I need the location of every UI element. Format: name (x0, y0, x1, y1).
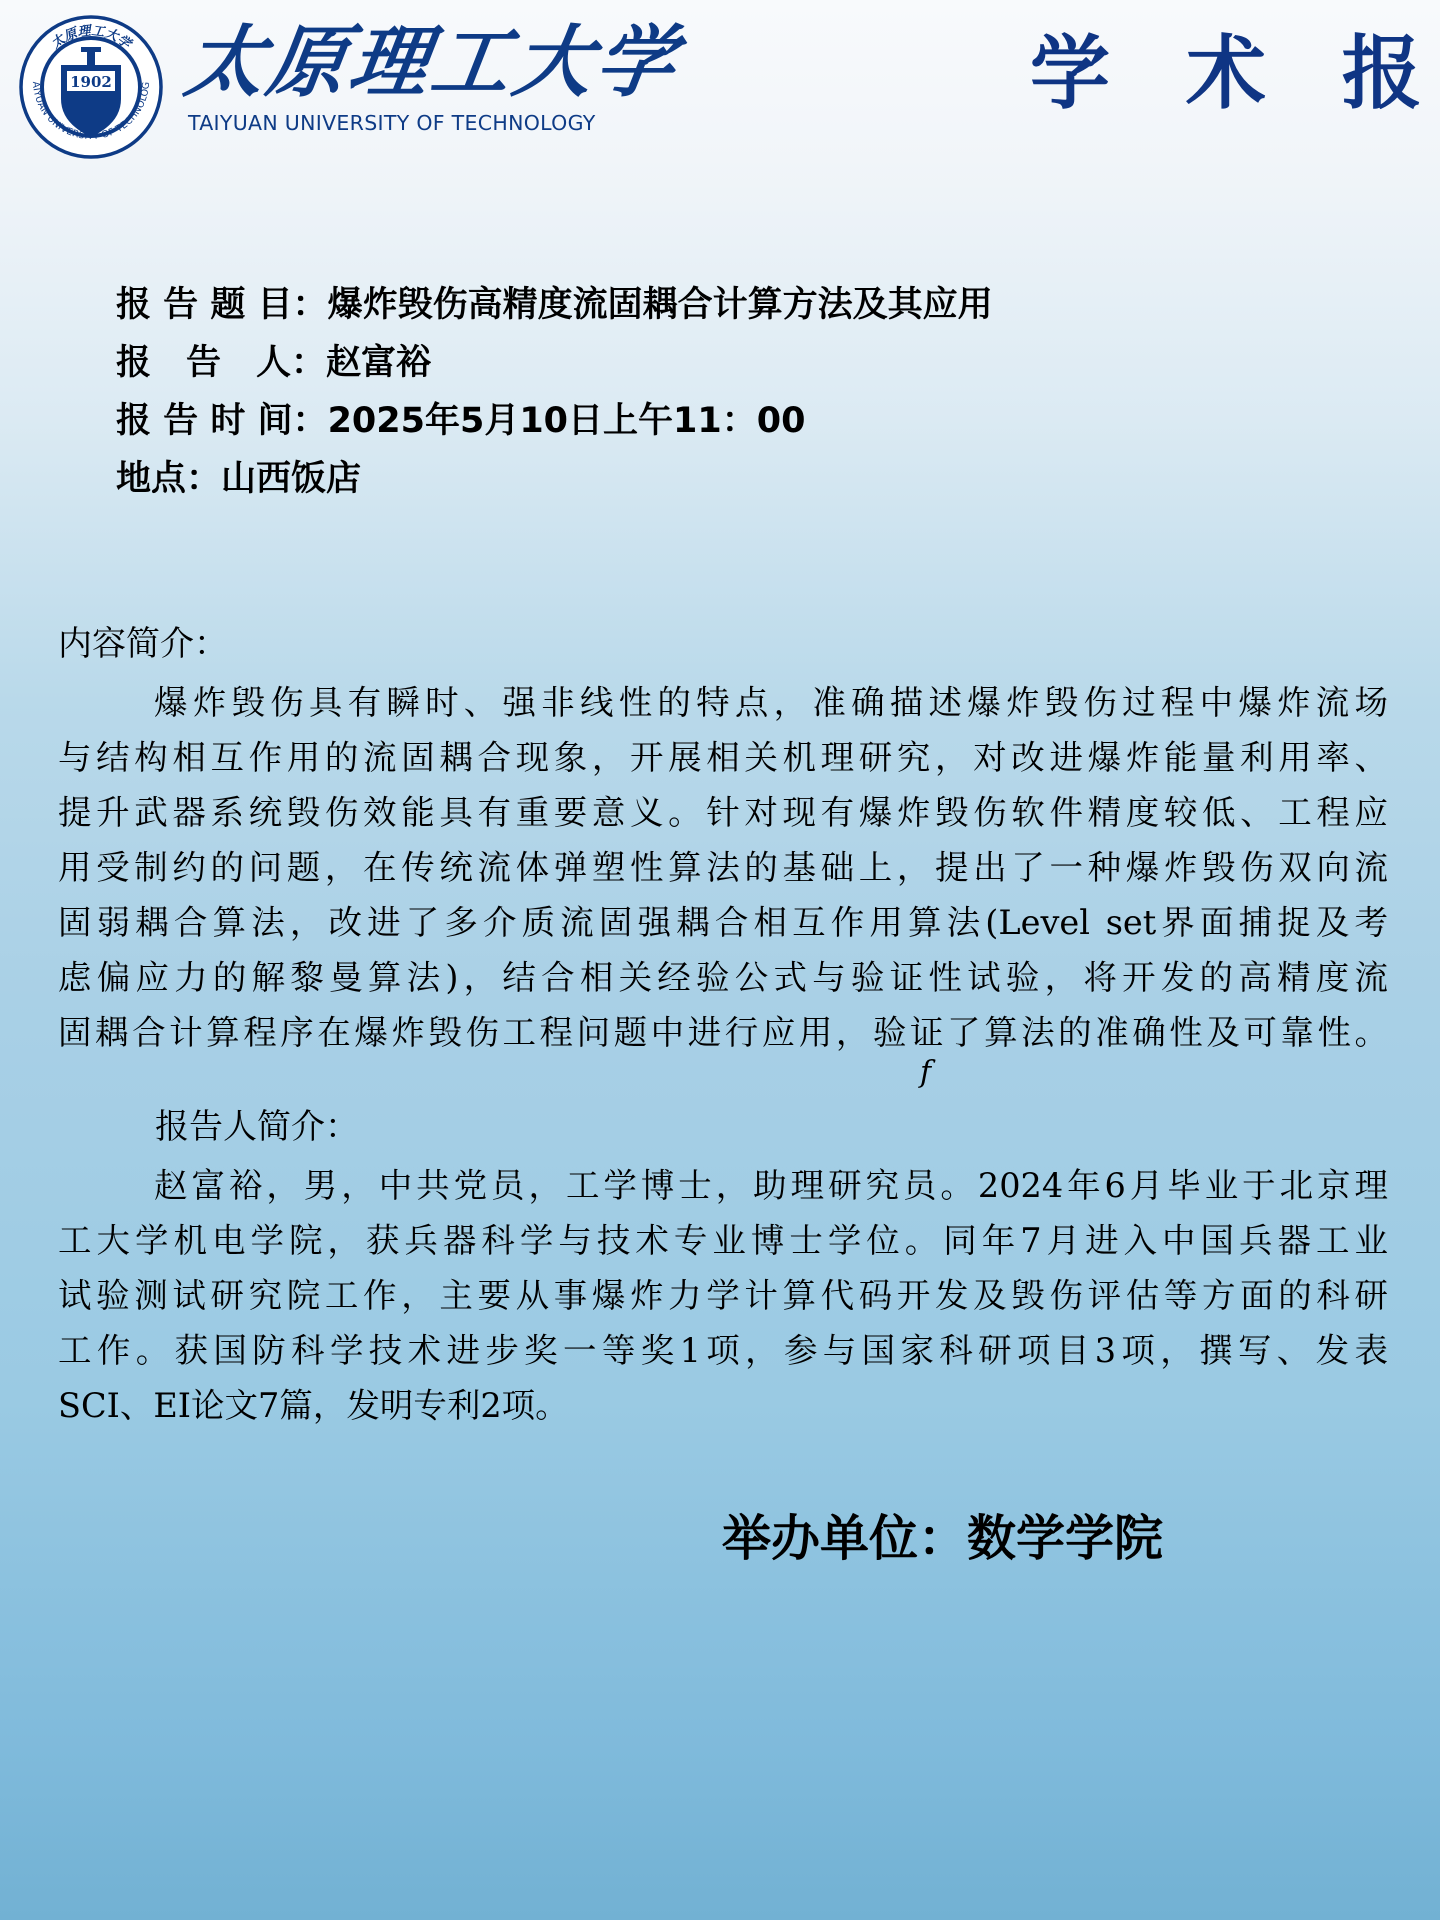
abstract-line: 爆炸毁伤具有瞬时、强非线性的特点，准确描述爆炸毁伤过程中爆炸流场 (58, 675, 1388, 730)
topic-label: 报 告 题 目： (116, 276, 328, 334)
bio-paragraph: 赵富裕，男，中共党员，工学博士，助理研究员。2024年6月毕业于北京理 工大学机… (58, 1158, 1388, 1433)
topic-value: 爆炸毁伤高精度流固耦合计算方法及其应用 (328, 285, 993, 325)
document-title: 学 术 报 告 (1030, 26, 1440, 122)
topic-row: 报 告 题 目：爆炸毁伤高精度流固耦合计算方法及其应用 (116, 276, 993, 334)
university-name-cn: 太原理工大学 (180, 18, 685, 108)
location-row: 地点：山西饭店 (116, 450, 993, 508)
location-value: 山西饭店 (221, 459, 361, 499)
time-value: 2025年5月10日上午11：00 (328, 401, 806, 441)
abstract-line: 固耦合计算程序在爆炸毁伤工程问题中进行应用，验证了算法的准确性及可靠性。 (58, 1005, 1388, 1060)
bio-line: SCI、EI论文7篇，发明专利2项。 (58, 1378, 1388, 1433)
university-seal-logo: 太原理工大学 TAIYUAN UNIVERSITY OF TECHNOLOGY … (19, 15, 163, 159)
seal-icon: 太原理工大学 TAIYUAN UNIVERSITY OF TECHNOLOGY … (19, 15, 163, 159)
abstract-line: 虑偏应力的解黎曼算法)，结合相关经验公式与验证性试验，将开发的高精度流 (58, 950, 1388, 1005)
speaker-row: 报 告 人：赵富裕 (116, 334, 993, 392)
abstract-paragraph: 爆炸毁伤具有瞬时、强非线性的特点，准确描述爆炸毁伤过程中爆炸流场 与结构相互作用… (58, 675, 1388, 1060)
svg-text:1902: 1902 (70, 73, 112, 91)
abstract-line: 固弱耦合算法，改进了多介质流固强耦合相互作用算法(Level set界面捕捉及考 (58, 895, 1388, 950)
time-label: 报 告 时 间： (116, 392, 328, 450)
report-info-block: 报 告 题 目：爆炸毁伤高精度流固耦合计算方法及其应用 报 告 人：赵富裕 报 … (116, 276, 993, 508)
abstract-line: 提升武器系统毁伤效能具有重要意义。针对现有爆炸毁伤软件精度较低、工程应 (58, 785, 1388, 840)
speaker-value: 赵富裕 (326, 343, 431, 383)
university-name-en: TAIYUAN UNIVERSITY OF TECHNOLOGY (188, 111, 596, 135)
abstract-line: 用受制约的问题，在传统流体弹塑性算法的基础上，提出了一种爆炸毁伤双向流 (58, 840, 1388, 895)
stray-mark: f (920, 1055, 931, 1090)
abstract-heading: 内容简介： (58, 622, 228, 666)
bio-line: 赵富裕，男，中共党员，工学博士，助理研究员。2024年6月毕业于北京理 (58, 1158, 1388, 1213)
time-row: 报 告 时 间：2025年5月10日上午11：00 (116, 392, 993, 450)
speaker-label: 报 告 人： (116, 334, 326, 392)
bio-heading: 报告人简介： (155, 1105, 359, 1149)
location-label: 地点： (116, 450, 221, 508)
bio-line: 工大学机电学院，获兵器科学与技术专业博士学位。同年7月进入中国兵器工业 (58, 1213, 1388, 1268)
abstract-line: 与结构相互作用的流固耦合现象，开展相关机理研究，对改进爆炸能量利用率、 (58, 730, 1388, 785)
bio-line: 试验测试研究院工作，主要从事爆炸力学计算代码开发及毁伤评估等方面的科研 (58, 1268, 1388, 1323)
organizer: 举办单位：数学学院 (722, 1505, 1163, 1571)
bio-line: 工作。获国防科学技术进步奖一等奖1项，参与国家科研项目3项，撰写、发表 (58, 1323, 1388, 1378)
